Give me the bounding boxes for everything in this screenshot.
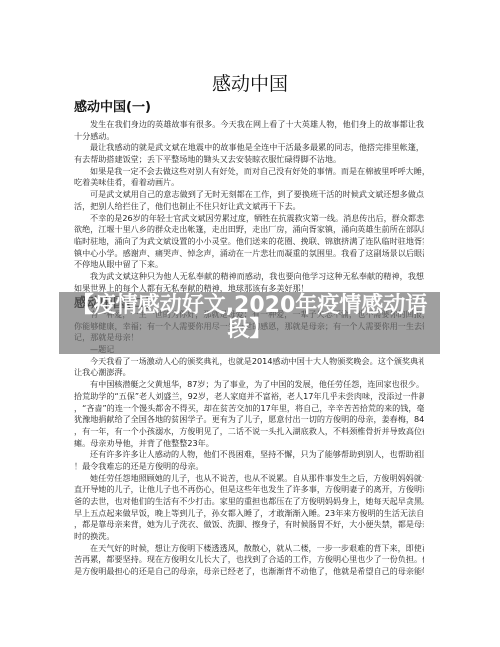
text-line: 她任劳任怨地照顾她的儿子，也从不说苦，也从不说累。自从那件事发生之后，方俊明妈妈… <box>74 473 424 485</box>
text-line: 活，把别人给拦住了，他们也制止不住只好让武文斌再干下去。 <box>74 201 424 213</box>
text-line: 发生在我们身边的英雄故事有很多。今天我在网上看了十大英雄人物，他们身上的故事都让… <box>74 119 424 131</box>
text-line: 不停地从眼中留了下来。 <box>74 259 424 271</box>
text-line: 可是武文斌用自己的意志做到了无时无刻都在工作，到了要换班干活的时候武文斌还想多做… <box>74 189 424 201</box>
text-line: 不幸的是26岁的年轻士官武文斌因劳累过度，牺牲在抗震救灾第一线。消息传出后，群众… <box>74 213 424 225</box>
text-line: 瘫。母亲劝导他，并背了他整整23年。 <box>74 438 424 450</box>
text-line: ！最令我难忘的还是方俊明的母亲。 <box>74 461 424 473</box>
section-1-body: 发生在我们身边的英雄故事有很多。今天我在网上看了十大英雄人物，他们身上的故事都让… <box>74 119 424 294</box>
text-line: 早上五点起来做早饭，晚上等到儿子，孙女都入睡了，才敢渐渐入睡。23年来方俊明的生… <box>74 508 424 520</box>
text-line: 临时驻地，涌向了为武文斌设置的小小灵堂。他们送来的花圈、挽联、锦旗挤满了连队临时… <box>74 236 424 248</box>
text-line: ，都是靠母亲来背，她为儿子洗衣、做饭、洗脚、擦身子，有时候肠胃不好，大小便失禁，… <box>74 519 424 531</box>
text-line: 在天气好的时候，想让方俊明下楼透透风，散散心，就从二楼，一步一步艰难的背下来，即… <box>74 543 424 555</box>
text-line: 我为武文斌这种只为他人无私奉献的精神而感动，我也要向他学习这种无私奉献的精神，我… <box>74 271 424 283</box>
text-line: 直开导她的儿子，让他儿子也不再伤心，但是这些年也发生了许多事，方俊明妻子的离开，… <box>74 484 424 496</box>
text-line: 是方俊明最担心的还是自己的母亲，母亲已经老了，也渐渐背不动他了，他就是希望自己的… <box>74 566 424 578</box>
text-line: 最让我感动的就是武文斌在地震中的故事他是全连中干活最多最累的同志，他搭完排里帐篷… <box>74 142 424 154</box>
text-line: 时的换洗。 <box>74 531 424 543</box>
text-line: ，“吝啬”的连一个馒头都舍不得买，却在贫苦交加的17年里，将自己，辛辛苦苦拾荒的… <box>74 403 424 415</box>
section-heading-1: 感动中国(一) <box>74 100 151 115</box>
text-line: 有中国核潜艇之父黄旭华，87岁；为了事业，为了中国的发展，他任劳任怨，连回家也很… <box>74 379 424 391</box>
title-overlay-banner: 【疫情感动好文,2020年疫情感动语段】 <box>59 292 440 354</box>
document-title: 感动中国 <box>0 73 500 95</box>
overlay-banner-title: 【疫情感动好文,2020年疫情感动语段】 <box>59 294 440 342</box>
text-line: 欲绝，江堰十里八乡的群众走出帐篷，走出田野，走出厂房，涌向胥家镇，涌向英雄生前所… <box>74 224 424 236</box>
text-line: 拾荒助学的“五保”老人刘盛兰，92岁，老人家庭并不富裕，老人17年几乎未尝肉味，… <box>74 391 424 403</box>
text-line: 十分感动。 <box>74 131 424 143</box>
text-line: 如果是我一定不会去做这些对别人有好处，而对自己没有好处的事情。而是在棉被里呼呼大… <box>74 166 424 178</box>
text-line: 今天我看了一场激动人心的颁奖典礼，也就是2014感动中国十大人物颁奖晚会。这个颁… <box>74 356 424 368</box>
text-line: ，有一年，有一个小孩溺水，方俊明见了，二话不说一头扎入湖底救人，不料颈椎骨折并导… <box>74 426 424 438</box>
text-line: 爸的去世，也对他们的生活有不少打击。家里的重担也都压在了方俊明妈妈身上，她每天起… <box>74 496 424 508</box>
text-line: 吃着美味佳肴，看着动画片。 <box>74 177 424 189</box>
text-line: 苦再累，都要坚持。现在方俊明女儿长大了，也找到了合适的工作，方俊明心里也少了一份… <box>74 554 424 566</box>
text-line: 犹豫地捐献给了全国各地的贫困学子。更有为了儿子，愿意付出一切的方俊明的母亲，姜春… <box>74 414 424 426</box>
text-line: 让我心潮澎湃。 <box>74 367 424 379</box>
text-line: 还有许多许多让人感动的人物，他们不畏困难，坚持不懈，只为了能够帮助到别人，也帮助… <box>74 449 424 461</box>
text-line: 镇中心小学。感谢声、痛哭声、悼念声，涌动在一片悲壮而凝重的氛围里。我看了这副场景… <box>74 248 424 260</box>
text-line: 有去帮助搭建饭堂；丢下平整场地的锄头又去安装晾衣服忙碌得脚不沾地。 <box>74 154 424 166</box>
